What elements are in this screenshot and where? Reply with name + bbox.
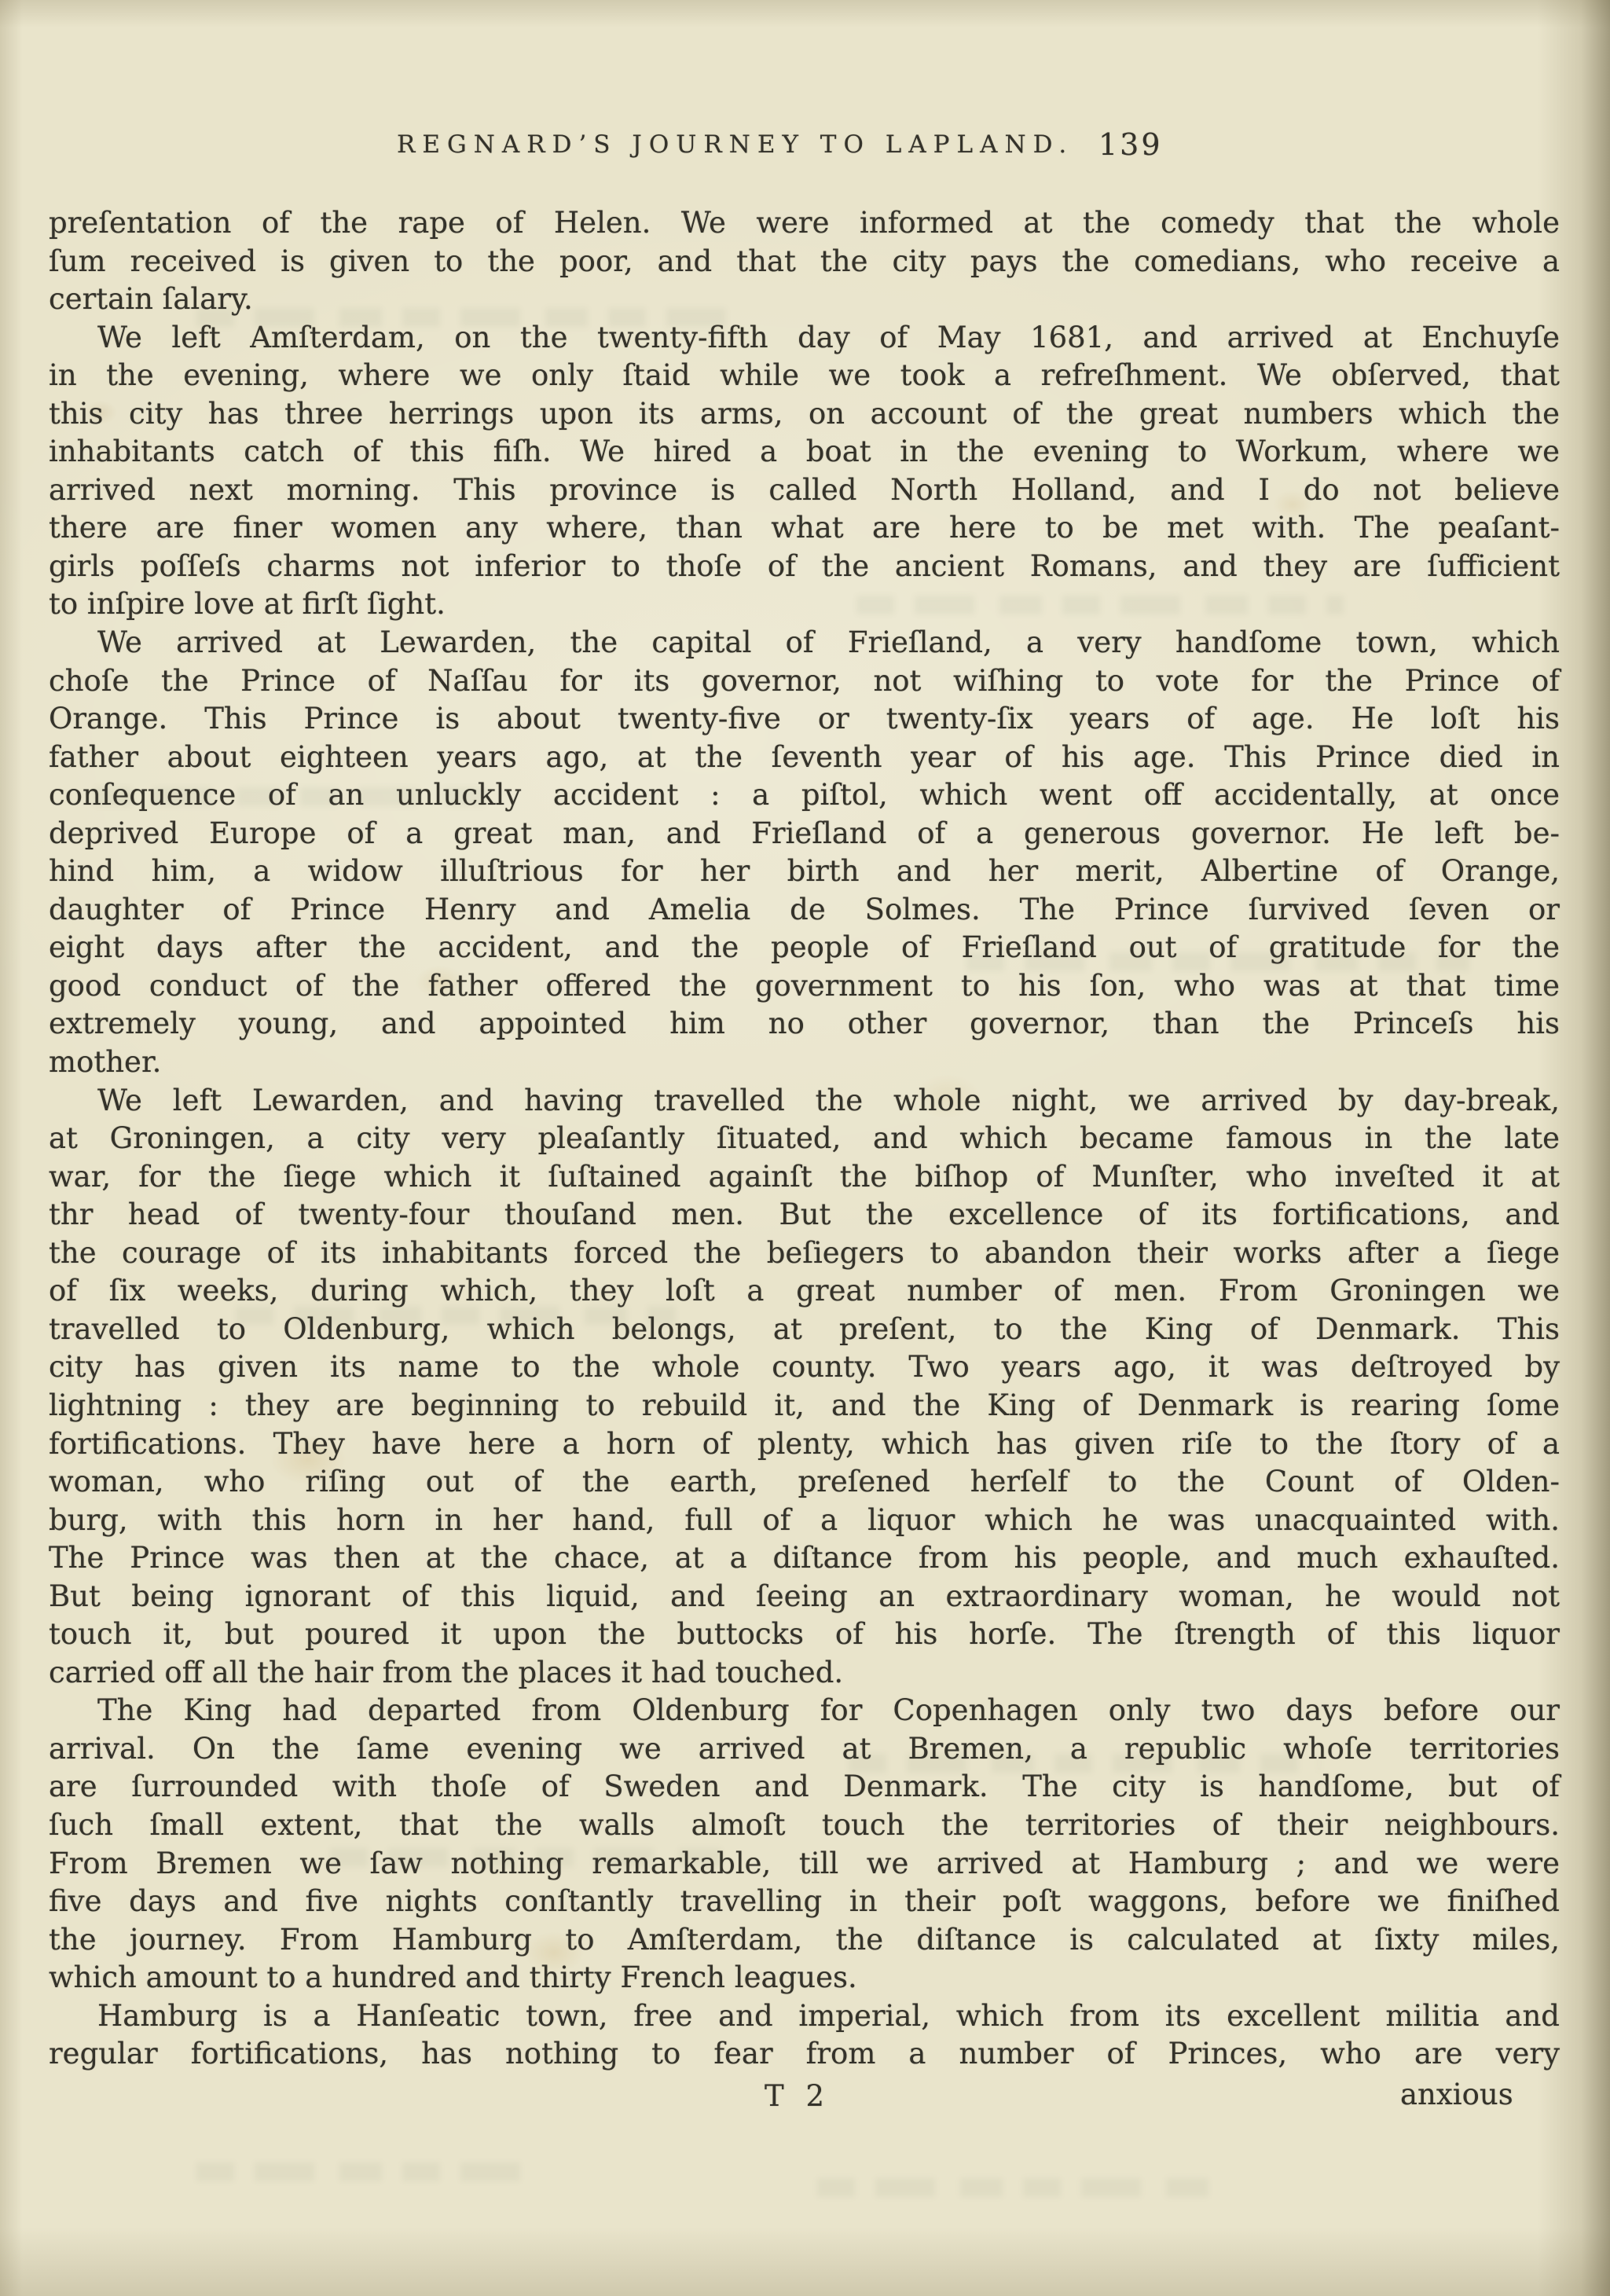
text-line: woman, who riſing out of the earth, preſ…	[49, 1463, 1560, 1502]
text-line: conſequence of an unluckly accident : a …	[49, 776, 1560, 815]
text-line: extremely young, and appointed him no ot…	[49, 1005, 1560, 1043]
text-line: good conduct of the father offered the g…	[49, 967, 1560, 1006]
text-line: carried off all the hair from the places…	[49, 1654, 1560, 1693]
text-line: there are finer women any where, than wh…	[49, 509, 1560, 548]
text-line: war, for the ſiege which it ſuſtained ag…	[49, 1158, 1560, 1197]
text-line: lightning : they are beginning to rebuil…	[49, 1387, 1560, 1425]
paragraph: The King had departed from Oldenburg for…	[49, 1692, 1560, 1997]
running-header-title: REGNARD’S JOURNEY TO LAPLAND.	[397, 130, 1073, 159]
page-number: 139	[1098, 127, 1163, 162]
text-line: The King had departed from Oldenburg for…	[49, 1692, 1560, 1730]
text-block: preſentation of the rape of Helen. We we…	[49, 204, 1560, 2074]
text-line: at Groningen, a city very pleaſantly ſit…	[49, 1120, 1560, 1158]
paragraph: We left Amſterdam, on the twenty-fifth d…	[49, 319, 1560, 624]
text-line: of ſix weeks, during which, they loſt a …	[49, 1272, 1560, 1311]
text-line: to inſpire love at firſt ſight.	[49, 585, 1560, 624]
text-line: hind him, a widow illuſtrious for her bi…	[49, 853, 1560, 891]
text-line: arrival. On the ſame evening we arrived …	[49, 1730, 1560, 1769]
text-line: fortifications. They have here a horn of…	[49, 1425, 1560, 1464]
text-line: thr head of twenty-four thouſand men. Bu…	[49, 1196, 1560, 1234]
text-line: burg, with this horn in her hand, full o…	[49, 1502, 1560, 1540]
text-line: eight days after the accident, and the p…	[49, 929, 1560, 967]
text-line: We left Amſterdam, on the twenty-fifth d…	[49, 319, 1560, 358]
catchword: anxious	[1400, 2078, 1513, 2111]
text-line: ſum received is given to the poor, and t…	[49, 243, 1560, 281]
text-line: father about eighteen years ago, at the …	[49, 739, 1560, 777]
text-line: five days and five nights conſtantly tra…	[49, 1883, 1560, 1921]
text-line: touch it, but poured it upon the buttock…	[49, 1616, 1560, 1654]
paragraph: We left Lewarden, and having travelled t…	[49, 1082, 1560, 1693]
text-line: the journey. From Hamburg to Amſterdam, …	[49, 1921, 1560, 1960]
text-line: inhabitants catch of this fiſh. We hired…	[49, 433, 1560, 471]
text-line: arrived next morning. This province is c…	[49, 471, 1560, 510]
text-line: ſuch ſmall extent, that the walls almoſt…	[49, 1806, 1560, 1845]
scanned-book-page: { "header": { "title": "REGNARD’S JOURNE…	[0, 0, 1610, 2296]
text-line: city has given its name to the whole cou…	[49, 1348, 1560, 1387]
text-line: regular fortifications, has nothing to f…	[49, 2035, 1560, 2074]
text-line: which amount to a hundred and thirty Fre…	[49, 1959, 1560, 1997]
text-line: in the evening, where we only ſtaid whil…	[49, 357, 1560, 395]
text-line: We left Lewarden, and having travelled t…	[49, 1082, 1560, 1120]
text-line: mother.	[49, 1043, 1560, 1082]
paragraph: We arrived at Lewarden, the capital of F…	[49, 624, 1560, 1082]
text-line: deprived Europe of a great man, and Frie…	[49, 815, 1560, 853]
text-line: We arrived at Lewarden, the capital of F…	[49, 624, 1560, 662]
text-line: The Prince was then at the chace, at a d…	[49, 1539, 1560, 1578]
text-line: are ſurrounded with thoſe of Sweden and …	[49, 1768, 1560, 1806]
text-line: certain ſalary.	[49, 281, 1560, 319]
text-line: From Bremen we ſaw nothing remarkable, t…	[49, 1845, 1560, 1883]
text-line: travelled to Oldenburg, which belongs, a…	[49, 1311, 1560, 1349]
signature-mark: T 2	[765, 2079, 831, 2113]
text-line: But being ignorant of this liquid, and ſ…	[49, 1578, 1560, 1616]
text-line: the courage of its inhabitants forced th…	[49, 1234, 1560, 1273]
text-line: preſentation of the rape of Helen. We we…	[49, 204, 1560, 243]
paragraph: Hamburg is a Hanſeatic town, free and im…	[49, 1997, 1560, 2074]
paragraph: preſentation of the rape of Helen. We we…	[49, 204, 1560, 319]
text-line: this city has three herrings upon its ar…	[49, 395, 1560, 434]
text-line: choſe the Prince of Naſſau for its gover…	[49, 662, 1560, 701]
text-line: Orange. This Prince is about twenty-five…	[49, 700, 1560, 739]
text-line: daughter of Prince Henry and Amelia de S…	[49, 891, 1560, 930]
text-line: girls poſſeſs charms not inferior to tho…	[49, 548, 1560, 586]
text-line: Hamburg is a Hanſeatic town, free and im…	[49, 1997, 1560, 2036]
